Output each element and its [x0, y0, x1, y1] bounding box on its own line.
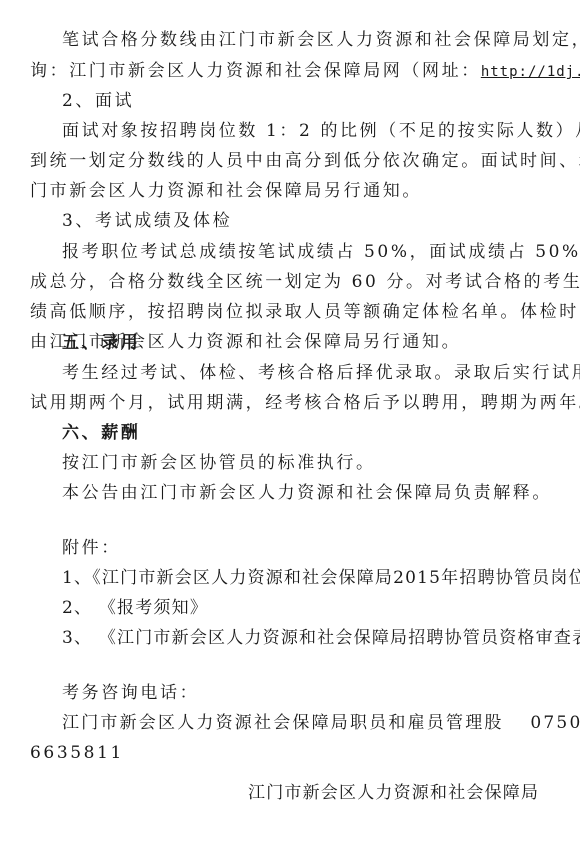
hiring-paragraph-line-2: 试用期两个月，试用期满，经考核合格后予以聘用，聘期为两年。	[30, 393, 542, 413]
interpretation-note: 本公告由江门市新会区人力资源和社会保障局负责解释。	[62, 483, 574, 503]
attachment-item-2: 2、 《报考须知》	[62, 598, 574, 618]
score-heading: 3、考试成绩及体检	[62, 211, 574, 231]
written-score-paragraph-line-1: 笔试合格分数线由江门市新会区人力资源和社会保障局划定，成绩查	[62, 30, 574, 50]
interview-heading: 2、面试	[62, 91, 574, 111]
attachment-item-1: 1、《江门市新会区人力资源和社会保障局2015年招聘协管员岗位表》	[62, 568, 574, 588]
interview-paragraph-line-1: 面试对象按招聘岗位数 1：2 的比例（不足的按实际人数）从笔试达	[62, 121, 574, 141]
document-page: 笔试合格分数线由江门市新会区人力资源和社会保障局划定，成绩查 询：江门市新会区人…	[0, 0, 580, 843]
attachment-item-3: 3、 《江门市新会区人力资源和社会保障局招聘协管员资格审查表》	[62, 628, 574, 648]
website-link[interactable]: http://1dj.gov.cn/	[481, 64, 580, 80]
interview-paragraph-line-3: 门市新会区人力资源和社会保障局另行通知。	[30, 181, 542, 201]
salary-heading: 六、薪酬	[62, 423, 574, 443]
contact-label: 考务咨询电话：	[62, 683, 574, 703]
written-score-paragraph-line-2: 询：江门市新会区人力资源和社会保障局网（网址：http://1dj.gov.cn…	[30, 61, 542, 82]
written-score-text: 询：江门市新会区人力资源和社会保障局网（网址：	[30, 61, 481, 81]
attachments-label: 附件：	[62, 538, 574, 558]
contact-department-phone: 江门市新会区人力资源社会保障局职员和雇员管理股 0750 -	[62, 713, 574, 733]
hiring-section-heading: 五、录用	[62, 333, 574, 353]
signature-organization: 江门市新会区人力资源和社会保障局	[248, 783, 539, 803]
contact-phone-continued: 6635811	[30, 743, 542, 763]
score-paragraph-line-2: 成总分，合格分数线全区统一划定为 60 分。对考试合格的考生，依总成	[30, 272, 542, 292]
score-paragraph-line-3: 绩高低顺序，按招聘岗位拟录取人员等额确定体检名单。体检时间、地点	[30, 302, 542, 322]
salary-paragraph-line-1: 按江门市新会区协管员的标准执行。	[62, 453, 574, 473]
interview-paragraph-line-2: 到统一划定分数线的人员中由高分到低分依次确定。面试时间、地点由江	[30, 151, 542, 171]
score-paragraph-line-1: 报考职位考试总成绩按笔试成绩占 50%，面试成绩占 50% 的比例合	[62, 242, 574, 262]
hiring-paragraph-line-1: 考生经过考试、体检、考核合格后择优录取。录取后实行试用制度，	[62, 363, 574, 383]
